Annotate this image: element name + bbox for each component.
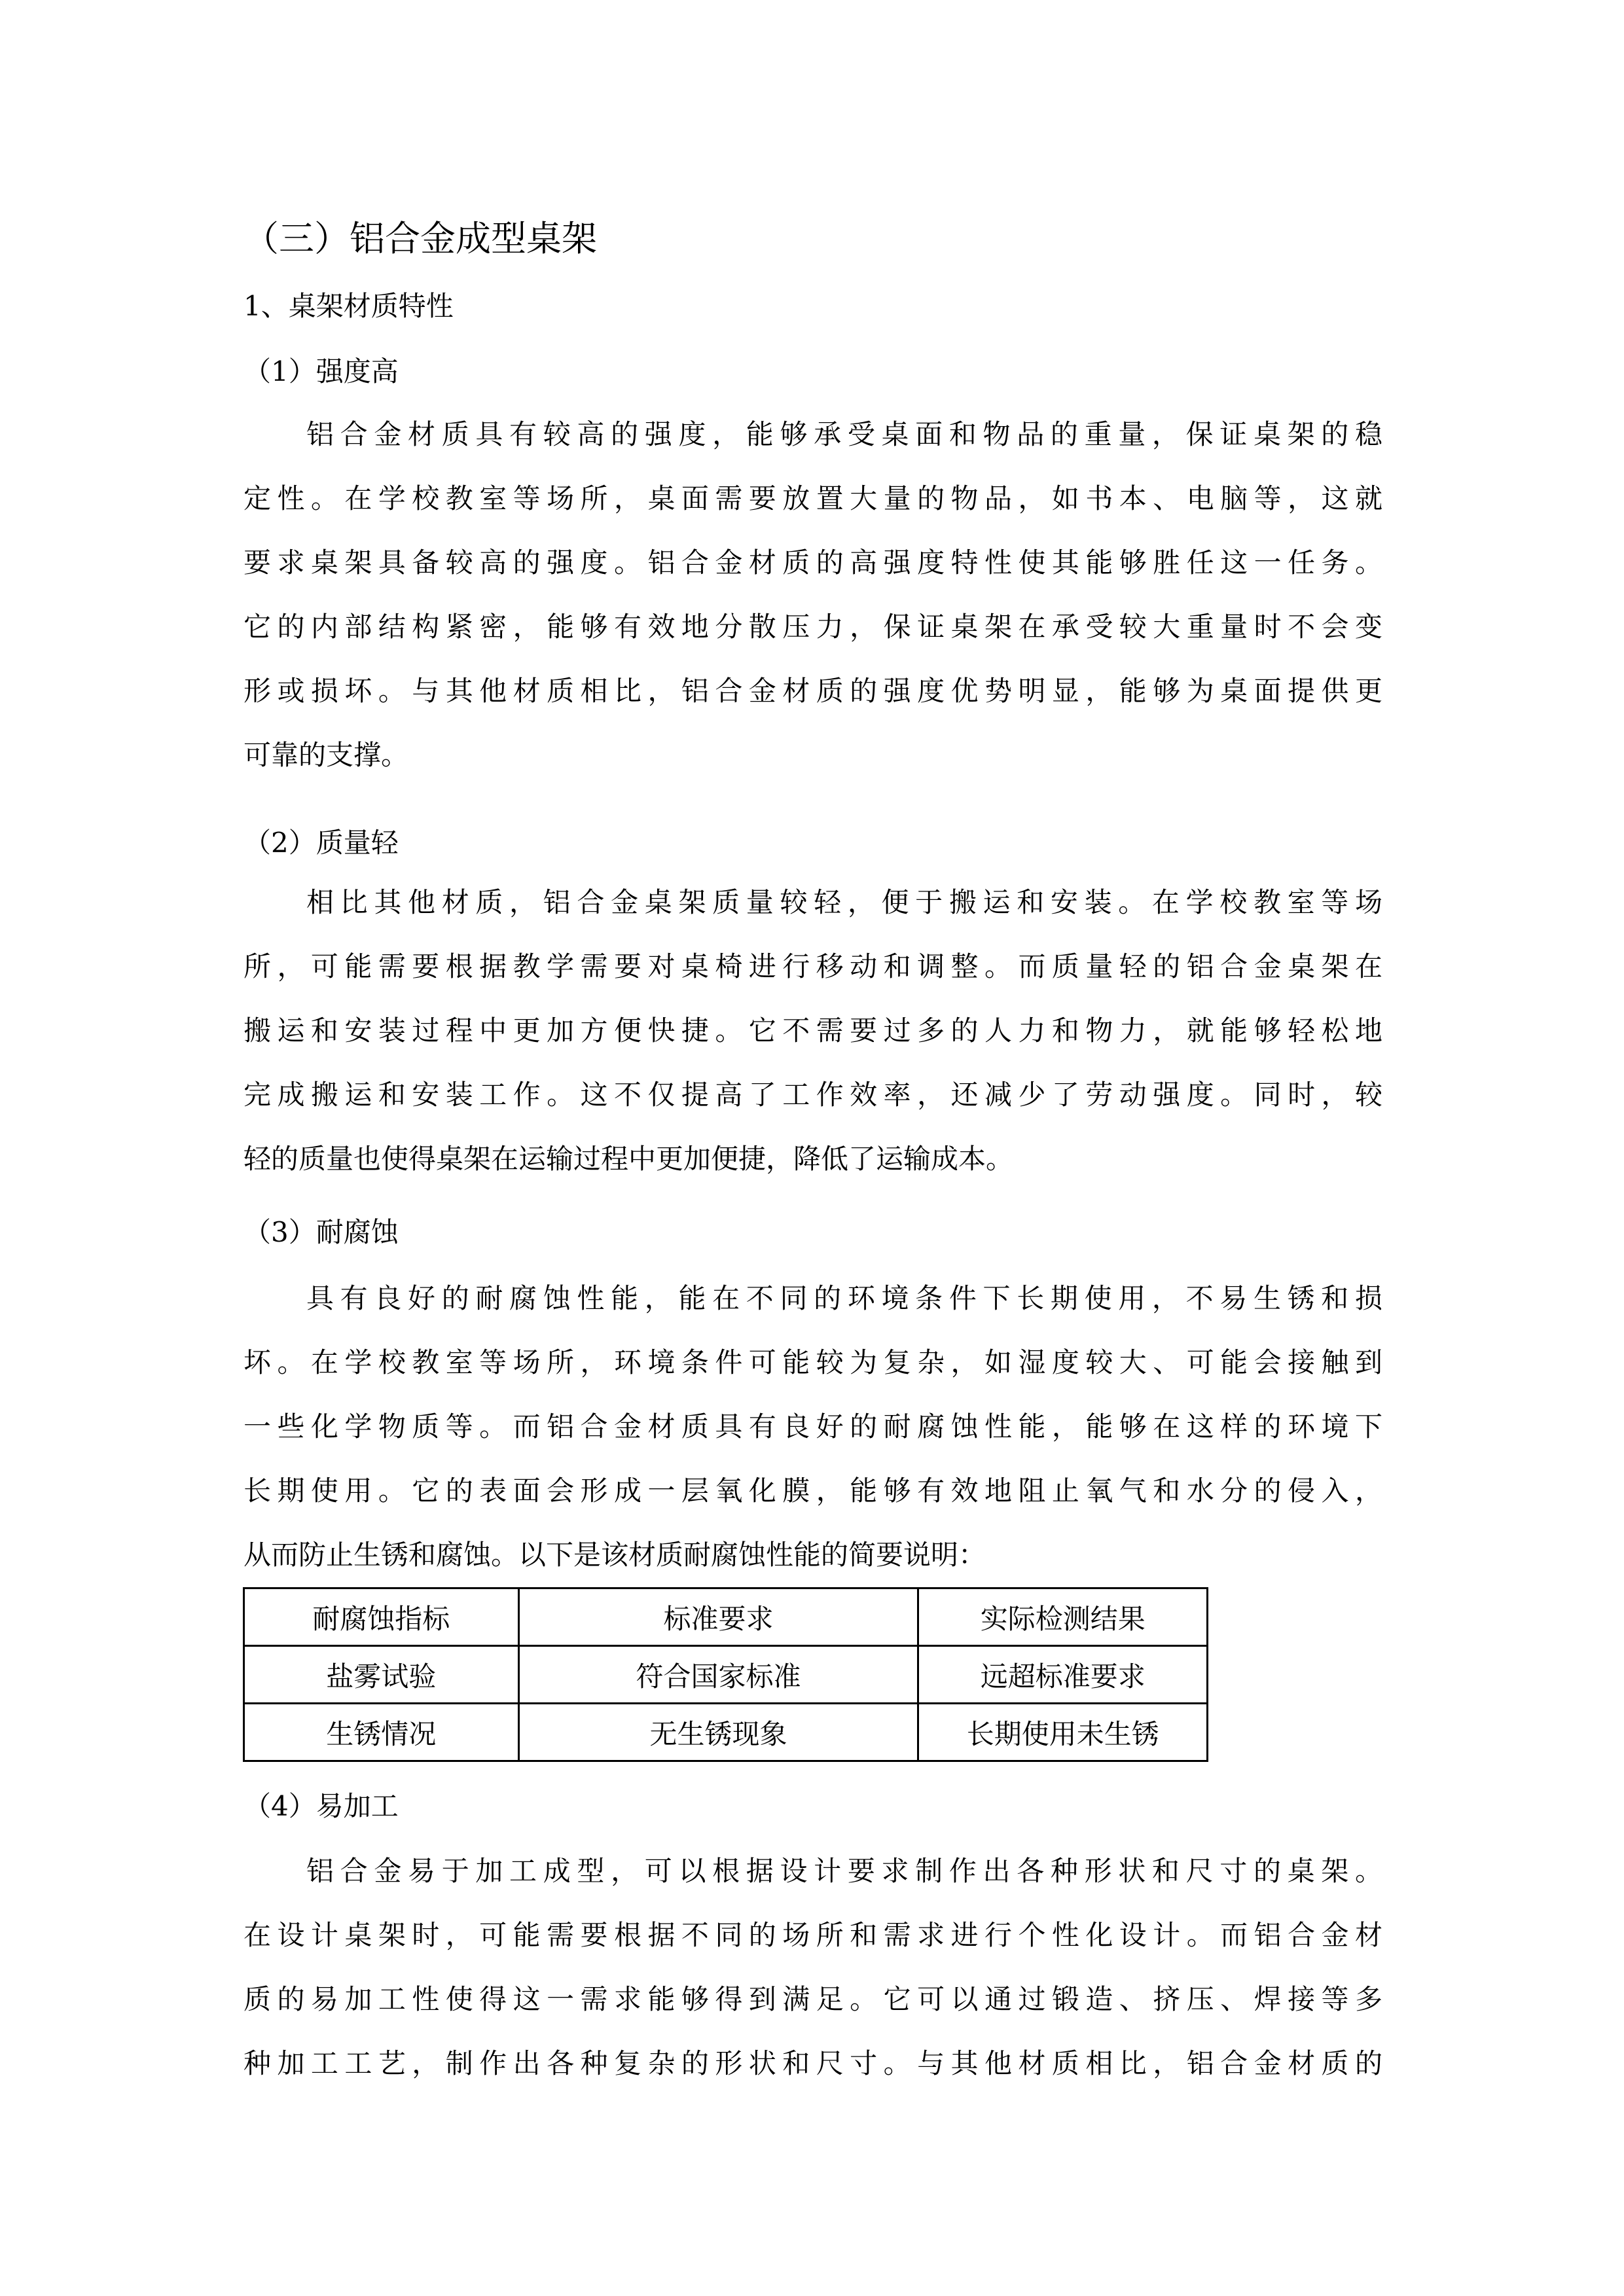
table-cell: 符合国家标准	[518, 1646, 918, 1704]
text-line: 在设计桌架时，可能需要根据不同的场所和需求进行个性化设计。而铝合金材	[244, 1903, 1382, 1967]
table-row: 生锈情况 无生锈现象 长期使用未生锈	[244, 1704, 1208, 1761]
text-line: 轻的质量也使得桌架在运输过程中更加便捷，降低了运输成本。	[244, 1127, 1382, 1191]
text-line: 形或损坏。与其他材质相比，铝合金材质的强度优势明显，能够为桌面提供更	[244, 659, 1382, 723]
text-line: 铝合金易于加工成型，可以根据设计要求制作出各种形状和尺寸的桌架。	[244, 1839, 1382, 1903]
table-cell: 长期使用未生锈	[918, 1704, 1208, 1761]
item-heading-corrosion: （3）耐腐蚀	[244, 1214, 399, 1251]
table-cell: 无生锈现象	[518, 1704, 918, 1761]
text-line: 铝合金材质具有较高的强度，能够承受桌面和物品的重量，保证桌架的稳	[244, 403, 1382, 467]
table-header-cell: 标准要求	[518, 1588, 918, 1646]
item-heading-lightweight: （2）质量轻	[244, 825, 399, 861]
table-row: 盐雾试验 符合国家标准 远超标准要求	[244, 1646, 1208, 1704]
text-line: 坏。在学校教室等场所，环境条件可能较为复杂，如湿度较大、可能会接触到	[244, 1331, 1382, 1395]
paragraph-strength: 铝合金材质具有较高的强度，能够承受桌面和物品的重量，保证桌架的稳 定性。在学校教…	[244, 403, 1382, 787]
subsection-title: 1、桌架材质特性	[244, 288, 454, 325]
table-header-row: 耐腐蚀指标 标准要求 实际检测结果	[244, 1588, 1208, 1646]
text-line: 从而防止生锈和腐蚀。以下是该材质耐腐蚀性能的简要说明：	[244, 1523, 1382, 1587]
paragraph-lightweight: 相比其他材质，铝合金桌架质量较轻，便于搬运和安装。在学校教室等场 所，可能需要根…	[244, 870, 1382, 1191]
paragraph-corrosion: 具有良好的耐腐蚀性能，能在不同的环境条件下长期使用，不易生锈和损 坏。在学校教室…	[244, 1266, 1382, 1587]
text-line: 完成搬运和安装工作。这不仅提高了工作效率，还减少了劳动强度。同时，较	[244, 1063, 1382, 1127]
text-line: 搬运和安装过程中更加方便快捷。它不需要过多的人力和物力，就能够轻松地	[244, 999, 1382, 1063]
table-cell: 生锈情况	[244, 1704, 519, 1761]
section-title: （三）铝合金成型桌架	[244, 216, 597, 262]
paragraph-machinability: 铝合金易于加工成型，可以根据设计要求制作出各种形状和尺寸的桌架。 在设计桌架时，…	[244, 1839, 1382, 2096]
table-header-cell: 实际检测结果	[918, 1588, 1208, 1646]
text-line: 具有良好的耐腐蚀性能，能在不同的环境条件下长期使用，不易生锈和损	[244, 1266, 1382, 1331]
text-line: 要求桌架具备较高的强度。铝合金材质的高强度特性使其能够胜任这一任务。	[244, 531, 1382, 595]
item-heading-strength: （1）强度高	[244, 353, 399, 390]
text-line: 所，可能需要根据教学需要对桌椅进行移动和调整。而质量轻的铝合金桌架在	[244, 935, 1382, 999]
item-heading-machinability: （4）易加工	[244, 1788, 399, 1825]
text-line: 定性。在学校教室等场所，桌面需要放置大量的物品，如书本、电脑等，这就	[244, 467, 1382, 531]
text-line: 一些化学物质等。而铝合金材质具有良好的耐腐蚀性能，能够在这样的环境下	[244, 1395, 1382, 1459]
text-line: 它的内部结构紧密，能够有效地分散压力，保证桌架在承受较大重量时不会变	[244, 595, 1382, 659]
document-page: （三）铝合金成型桌架 1、桌架材质特性 （1）强度高 铝合金材质具有较高的强度，…	[0, 0, 1624, 2296]
table-cell: 盐雾试验	[244, 1646, 519, 1704]
text-line: 长期使用。它的表面会形成一层氧化膜，能够有效地阻止氧气和水分的侵入，	[244, 1459, 1382, 1523]
corrosion-table: 耐腐蚀指标 标准要求 实际检测结果 盐雾试验 符合国家标准 远超标准要求 生锈情…	[243, 1587, 1208, 1762]
text-line: 质的易加工性使得这一需求能够得到满足。它可以通过锻造、挤压、焊接等多	[244, 1967, 1382, 2032]
text-line: 种加工工艺，制作出各种复杂的形状和尺寸。与其他材质相比，铝合金材质的	[244, 2032, 1382, 2096]
text-line: 可靠的支撑。	[244, 723, 1382, 787]
table-cell: 远超标准要求	[918, 1646, 1208, 1704]
table-header-cell: 耐腐蚀指标	[244, 1588, 519, 1646]
text-line: 相比其他材质，铝合金桌架质量较轻，便于搬运和安装。在学校教室等场	[244, 870, 1382, 935]
